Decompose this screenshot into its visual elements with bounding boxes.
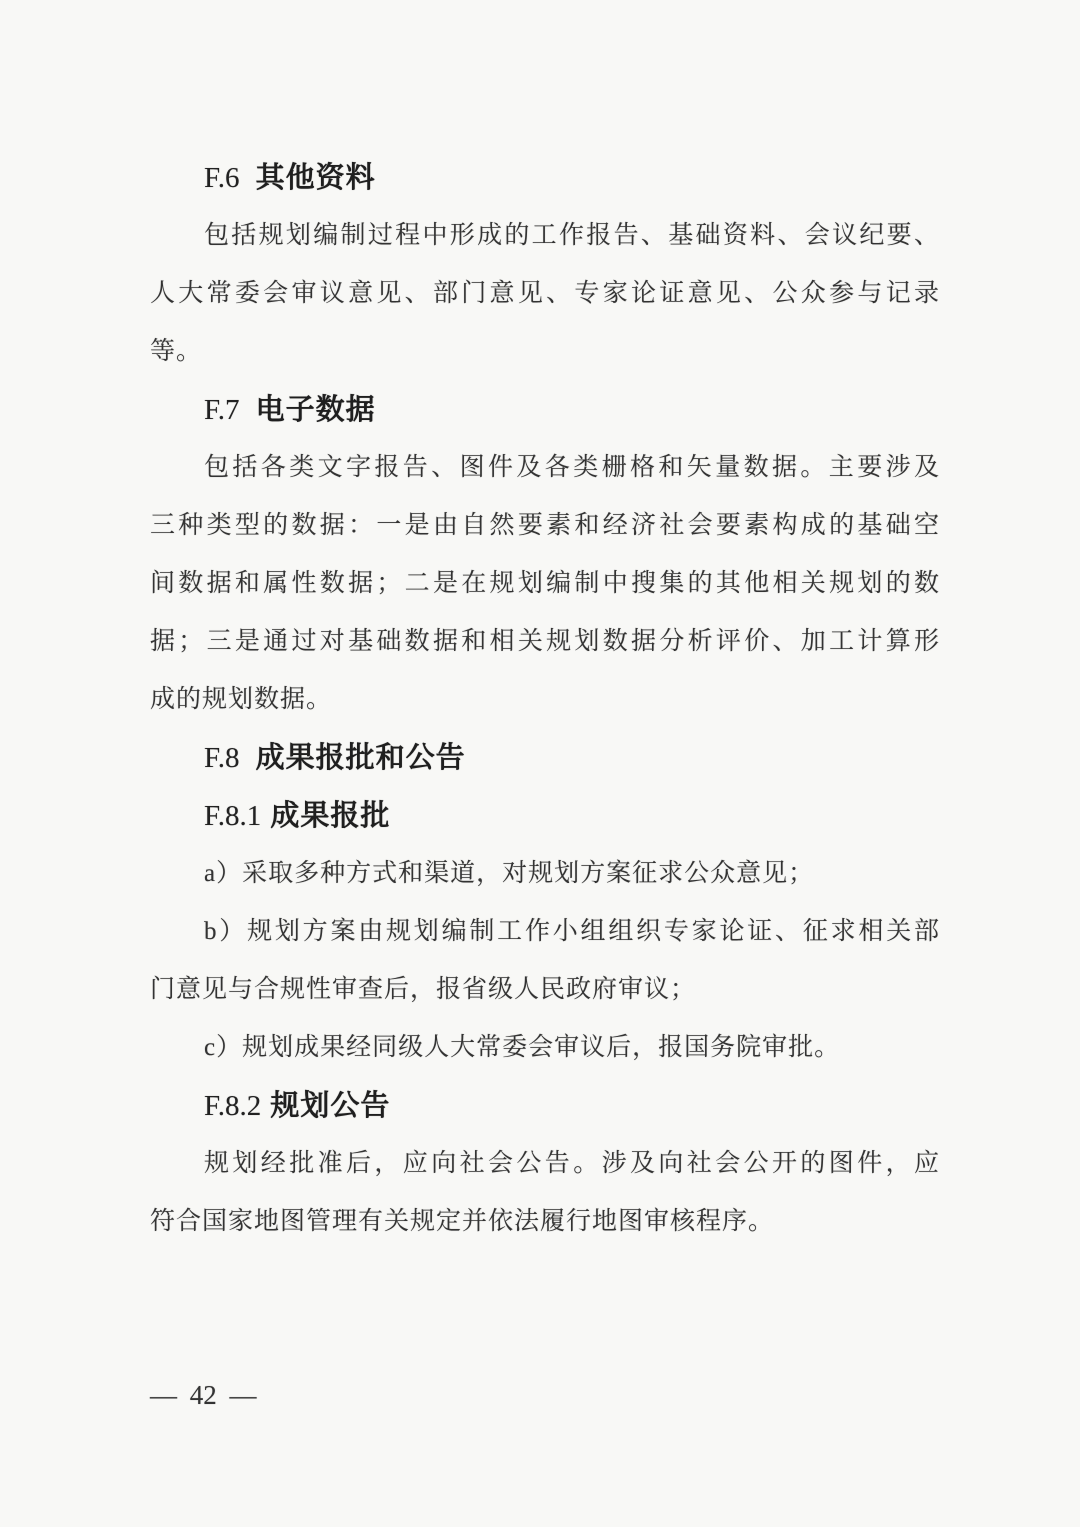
heading-title: 成果报批 [270, 800, 390, 832]
section-heading-f6: F.6其他资料 [150, 149, 940, 207]
section-heading-f8-1: F.8.1成果报批 [150, 787, 940, 845]
paragraph-line: 包括规划编制过程中形成的工作报告、基础资料、会议纪要、 [150, 207, 940, 265]
heading-number: F.8.1 [204, 800, 261, 832]
document-content: F.6其他资料 包括规划编制过程中形成的工作报告、基础资料、会议纪要、 人大常委… [150, 0, 940, 1251]
footer-page-number: — 42 — [150, 1366, 257, 1424]
heading-title: 电子数据 [256, 394, 376, 426]
section-heading-f7: F.7电子数据 [150, 381, 940, 439]
paragraph-line: 成的规划数据。 [150, 671, 940, 729]
heading-number: F.6 [204, 162, 240, 194]
section-heading-f8-2: F.8.2规划公告 [150, 1077, 940, 1135]
list-item-b-line: b）规划方案由规划编制工作小组组织专家论证、征求相关部 [150, 903, 940, 961]
paragraph-f82: 规划经批准后，应向社会公告。涉及向社会公开的图件，应 符合国家地图管理有关规定并… [150, 1135, 940, 1251]
paragraph-line: 符合国家地图管理有关规定并依法履行地图审核程序。 [150, 1193, 940, 1251]
list-item-c: c）规划成果经同级人大常委会审议后，报国务院审批。 [150, 1019, 940, 1077]
paragraph-f6: 包括规划编制过程中形成的工作报告、基础资料、会议纪要、 人大常委会审议意见、部门… [150, 207, 940, 381]
heading-title: 其他资料 [256, 162, 376, 194]
list-item-a: a）采取多种方式和渠道，对规划方案征求公众意见； [150, 845, 940, 903]
paragraph-line: 人大常委会审议意见、部门意见、专家论证意见、公众参与记录 [150, 265, 940, 323]
section-heading-f8: F.8成果报批和公告 [150, 729, 940, 787]
paragraph-f7: 包括各类文字报告、图件及各类栅格和矢量数据。主要涉及 三种类型的数据：一是由自然… [150, 439, 940, 729]
heading-title: 规划公告 [270, 1090, 390, 1122]
heading-title: 成果报批和公告 [256, 742, 466, 774]
paragraph-line: 三种类型的数据：一是由自然要素和经济社会要素构成的基础空 [150, 497, 940, 555]
paragraph-line: 包括各类文字报告、图件及各类栅格和矢量数据。主要涉及 [150, 439, 940, 497]
document-page: F.6其他资料 包括规划编制过程中形成的工作报告、基础资料、会议纪要、 人大常委… [0, 0, 1080, 1527]
paragraph-line: 据；三是通过对基础数据和相关规划数据分析评价、加工计算形 [150, 613, 940, 671]
heading-number: F.8.2 [204, 1090, 261, 1122]
heading-number: F.8 [204, 742, 240, 774]
paragraph-line: 间数据和属性数据；二是在规划编制中搜集的其他相关规划的数 [150, 555, 940, 613]
list-approval-steps: a）采取多种方式和渠道，对规划方案征求公众意见； b）规划方案由规划编制工作小组… [150, 845, 940, 1077]
paragraph-line: 等。 [150, 323, 940, 381]
paragraph-line: 规划经批准后，应向社会公告。涉及向社会公开的图件，应 [150, 1135, 940, 1193]
list-item-b-line: 门意见与合规性审查后，报省级人民政府审议； [150, 961, 940, 1019]
heading-number: F.7 [204, 394, 240, 426]
